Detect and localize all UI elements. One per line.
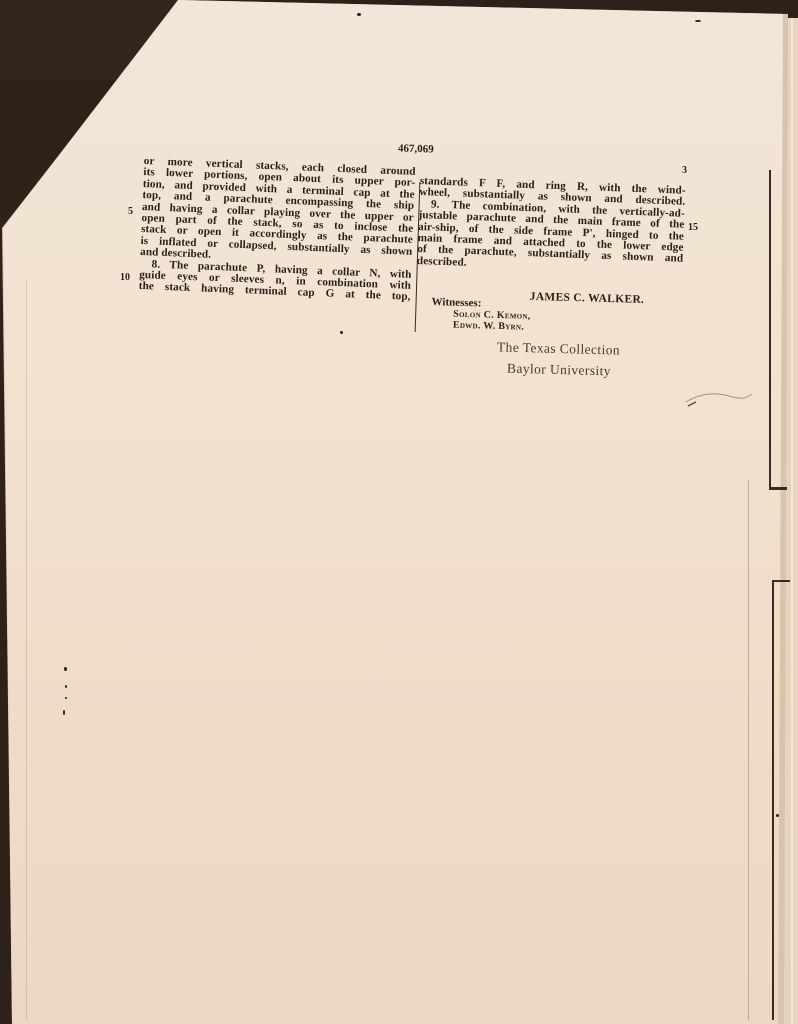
- ink-speck: [695, 20, 701, 22]
- ink-speck: [63, 710, 65, 715]
- collection-stamp-line: Baylor University: [507, 361, 611, 380]
- line-number: 15: [688, 222, 698, 233]
- signature-block: JAMES C. WALKER. Witnesses: Solon C. Kem…: [430, 286, 700, 294]
- left-text-column: or more vertical stacks, each closed aro…: [139, 156, 416, 304]
- right-text-column: standards F F, and ring R, with the wind…: [417, 176, 686, 277]
- witnesses-label: Witnesses:: [431, 296, 481, 309]
- page-tab-edge: [772, 580, 790, 582]
- patent-number: 467,069: [398, 143, 434, 156]
- ink-speck: [340, 331, 343, 334]
- fold-crease: [26, 280, 27, 1020]
- page-tab-edge: [769, 170, 771, 490]
- ink-speck: [64, 667, 67, 671]
- witness-name: Edwd. W. Byrn.: [453, 320, 524, 333]
- inventor-name: JAMES C. WALKER.: [530, 291, 645, 306]
- document-content: 467,069 3 or more vertical stacks, each …: [0, 0, 798, 1024]
- ink-speck: [776, 814, 779, 817]
- ink-speck: [65, 697, 67, 699]
- ink-speck: [357, 13, 361, 16]
- page-tab-edge: [769, 487, 787, 490]
- line-number: 10: [120, 272, 130, 283]
- ink-speck: [65, 685, 67, 688]
- line-number: 5: [128, 206, 133, 217]
- page-tab-edge: [772, 580, 774, 1020]
- fold-crease: [748, 480, 749, 1020]
- collection-stamp-line: The Texas Collection: [497, 339, 620, 358]
- pencil-scribble: [684, 390, 754, 410]
- page-number: 3: [682, 165, 687, 176]
